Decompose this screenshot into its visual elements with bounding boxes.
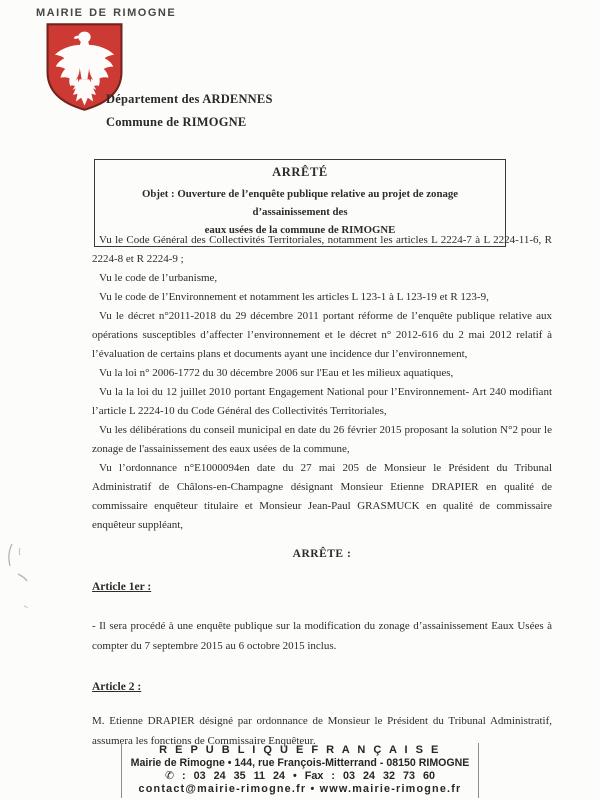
org-identification: Département des ARDENNES Commune de RIMO… bbox=[106, 92, 273, 138]
scan-artifact-marks bbox=[4, 540, 48, 624]
article-1-heading: Article 1er : bbox=[92, 581, 151, 593]
recital-paragraph: Vu les délibérations du conseil municipa… bbox=[92, 421, 552, 459]
decree-object-line1: Objet : Ouverture de l’enquête publique … bbox=[104, 185, 496, 221]
recitals-section: Vu le Code Général des Collectivités Ter… bbox=[92, 231, 552, 535]
decree-title: ARRÊTÉ bbox=[104, 165, 496, 180]
recital-paragraph: Vu le code de l’Environnement et notamme… bbox=[92, 288, 552, 307]
department-line: Département des ARDENNES bbox=[106, 92, 273, 107]
recital-paragraph: Vu le code de l’urbanisme, bbox=[92, 269, 552, 288]
footer-republic-line: R E P U B L I Q U E F R A N Ç A I S E bbox=[131, 744, 470, 757]
article-1-body: - Il sera procédé à une enquête publique… bbox=[92, 616, 552, 656]
recital-paragraph: Vu la loi n° 2006-1772 du 30 décembre 20… bbox=[92, 364, 552, 383]
recital-paragraph: Vu l’ordonnance n°E1000094en date du 27 … bbox=[92, 459, 552, 535]
commune-line: Commune de RIMOGNE bbox=[106, 115, 273, 130]
recital-paragraph: Vu la la loi du 12 juillet 2010 portant … bbox=[92, 383, 552, 421]
footer-phone-line: ✆ : 03 24 35 11 24 • Fax : 03 24 32 73 6… bbox=[131, 770, 470, 783]
mairie-logo-text: Mairie de Rimogne bbox=[36, 3, 176, 20]
recital-paragraph: Vu le décret n°2011-2018 du 29 décembre … bbox=[92, 307, 552, 364]
recital-paragraph: Vu le Code Général des Collectivités Ter… bbox=[92, 231, 552, 269]
document-page: Mairie de Rimogne Département des ARDENN… bbox=[0, 0, 600, 800]
footer: R E P U B L I Q U E F R A N Ç A I S E Ma… bbox=[0, 743, 600, 798]
decision-heading: ARRÊTE : bbox=[92, 548, 552, 560]
footer-address-line: Mairie de Rimogne • 144, rue François-Mi… bbox=[131, 757, 470, 770]
footer-block: R E P U B L I Q U E F R A N Ç A I S E Ma… bbox=[121, 743, 480, 798]
article-2-heading: Article 2 : bbox=[92, 681, 141, 693]
footer-web-line: contact@mairie-rimogne.fr • www.mairie-r… bbox=[131, 783, 470, 796]
